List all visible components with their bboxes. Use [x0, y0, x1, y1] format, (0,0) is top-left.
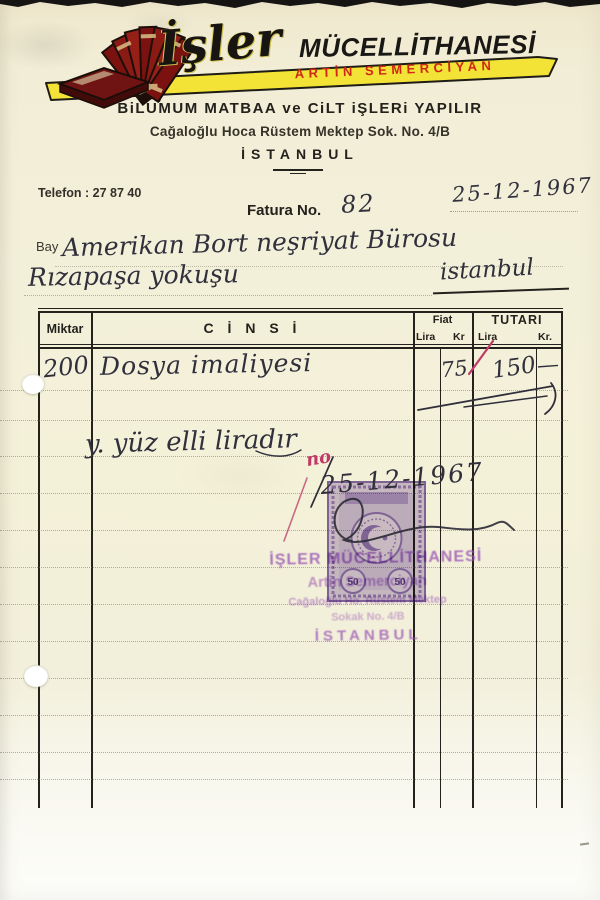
- amount-in-words-handwritten: y. yüz elli liradır: [85, 424, 297, 460]
- table-top-thin-rule: [38, 308, 563, 309]
- tutari-sub-lira: Lira: [478, 331, 497, 343]
- date-dotted-underline: [450, 211, 578, 212]
- date-handwritten-top: 25-12-1967: [451, 173, 593, 207]
- customer-city-handwritten: istanbul: [439, 255, 534, 286]
- svg-text:50: 50: [347, 577, 359, 588]
- rubber-stamp-line5: İSTANBUL: [271, 625, 466, 645]
- bay-label: Bay: [36, 239, 58, 254]
- red-diagonal-stroke: [284, 478, 307, 541]
- fiat-sub-lira: Lira: [416, 331, 435, 343]
- city-ornament-line: [273, 169, 323, 171]
- col-header-cinsi: C İ N S İ: [92, 320, 413, 336]
- rubber-stamp-line4: Sokak No. 4/B: [270, 609, 465, 624]
- ledger-dotted-line: [0, 678, 568, 679]
- table-right-border: [561, 311, 563, 808]
- tax-stamp: 50 50: [327, 481, 426, 602]
- tutari-sub-kr: Kr.: [538, 331, 552, 343]
- tutari-lira-kr-divider: [536, 349, 537, 808]
- col-header-fiat: Fiat: [413, 314, 472, 326]
- red-mark-handwritten: no: [304, 446, 332, 471]
- customer-street-handwritten: Rızapaşa yokuşu: [28, 259, 239, 292]
- customer-city-underline: [433, 288, 569, 295]
- col-header-tutari: TUTARI: [472, 313, 562, 327]
- row-miktar-handwritten: 200: [42, 351, 90, 384]
- punch-hole-bottom: [24, 665, 48, 687]
- col-header-miktar: Miktar: [38, 322, 92, 336]
- ledger-dotted-line: [0, 493, 568, 494]
- fatura-number-handwritten: 82: [340, 189, 376, 219]
- telefon-line: Telefon : 27 87 40: [38, 186, 141, 200]
- ledger-dotted-line: [0, 420, 568, 421]
- total-flourish-tail: [545, 383, 556, 414]
- row-fiat-handwritten: 75: [440, 356, 469, 383]
- city-ornament-dot: [290, 173, 306, 174]
- ledger-dotted-line: [0, 390, 568, 391]
- svg-text:50: 50: [394, 577, 406, 588]
- punch-hole-top: [22, 374, 44, 394]
- header-bottom-thin-rule: [38, 344, 563, 345]
- ledger-dotted-line: [0, 752, 568, 753]
- torn-paper-edge: [0, 0, 600, 9]
- scanned-invoice-sheet: İşler MÜCELLİTHANESİ ARTİN SEMERCİYAN Bi…: [0, 0, 600, 900]
- total-flourish-stroke-2: [464, 396, 547, 407]
- row-tutari-kr-dash: —: [536, 352, 560, 378]
- ledger-dotted-line: [0, 715, 568, 716]
- tagline: BiLUMUM MATBAA ve CiLT iŞLERi YAPILIR: [0, 100, 600, 117]
- row-tutari-handwritten: 150: [490, 352, 537, 384]
- business-address: Cağaloğlu Hoca Rüstem Mektep Sok. No. 4/…: [0, 124, 600, 139]
- fatura-label: Fatura No.: [247, 202, 321, 219]
- fiat-sub-kr: Kr: [453, 331, 465, 343]
- customer-dotted-line-2: [24, 295, 432, 296]
- row-cinsi-handwritten: Dosya imaliyesi: [100, 348, 313, 381]
- customer-name-handwritten: Amerikan Bort neşriyat Bürosu: [62, 223, 458, 262]
- business-city: İSTANBUL: [0, 146, 600, 162]
- stray-mark: [580, 842, 589, 845]
- ledger-dotted-line: [0, 779, 568, 780]
- col-miktar-divider: [91, 311, 93, 808]
- ledger-dotted-line: [0, 530, 568, 531]
